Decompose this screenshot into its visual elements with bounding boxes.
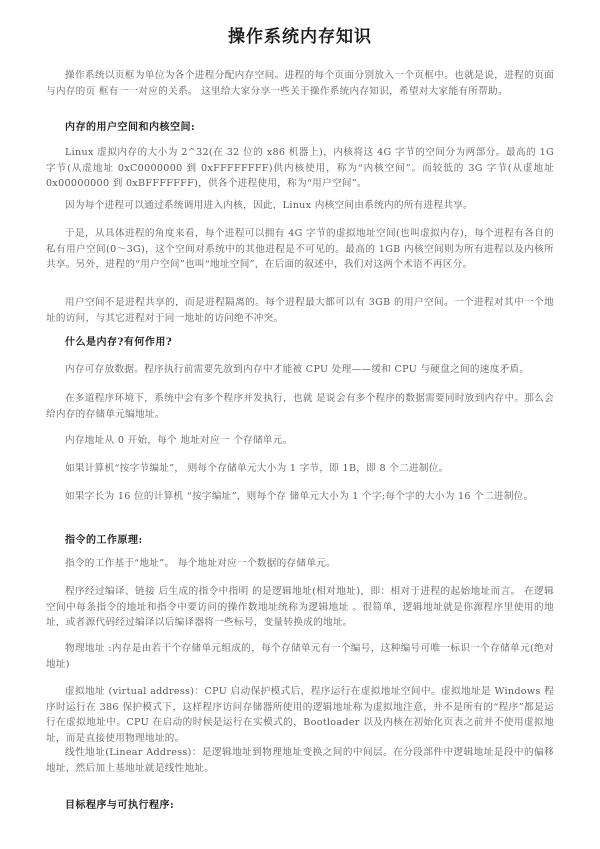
section-heading-what-is-memory: 什么是内存?有何作用? — [65, 333, 172, 348]
paragraph: 内存可存放数据。程序执行前需要先放到内存中才能被 CPU 处理——缓和 CPU … — [46, 362, 554, 378]
paragraph: 线性地址(Linear Address)：是逻辑地址到物理地址变换之间的中间层。… — [46, 745, 554, 776]
intro-paragraph: 操作系统以页框为单位为各个进程分配内存空间。进程的每个页面分别放入一个页框中。也… — [46, 68, 554, 99]
paragraph: 虚拟地址 (virtual address)：CPU 启动保护模式后，程序运行在… — [46, 684, 554, 746]
page-title: 操作系统内存知识 — [0, 22, 600, 47]
paragraph: 于是，从具体进程的角度来看，每个进程可以拥有 4G 字节的虚拟地址空间(也叫虚拟… — [46, 226, 554, 273]
paragraph: 如果字长为 16 位的计算机 “按字编址”，则每个存 储单元大小为 1 个字;每… — [46, 489, 554, 505]
paragraph: 程序经过编译、链接 后生成的指令中指明 的是逻辑地址(相对地址)，即：相对于进程… — [46, 584, 554, 631]
paragraph: 物理地址 :内存是由若干个存储单元组成的，每个存储单元有一个编号，这种编号可唯一… — [46, 641, 554, 672]
paragraph: 指令的工作基于“地址”。 每个地址对应一个数据的存储单元。 — [46, 556, 554, 572]
section-heading-user-kernel-space: 内存的用户空间和内核空间: — [65, 118, 195, 133]
section-heading-target-executable: 目标程序与可执行程序: — [65, 796, 174, 811]
paragraph: Linux 虚拟内存的大小为 2^32(在 32 位的 x86 机器上)，内核将… — [46, 145, 554, 192]
paragraph: 用户空间不是进程共享的，而是进程隔离的。每个进程最大都可以有 3GB 的用户空间… — [46, 295, 554, 326]
paragraph: 内存地址从 0 开始，每个 地址对应一 个存储单元。 — [46, 433, 554, 449]
paragraph: 因为每个进程可以通过系统调用进入内核，因此，Linux 内核空间由系统内的所有进… — [46, 198, 554, 214]
paragraph: 如果计算机“按字节编址”， 则每个存储单元大小为 1 字节，即 1B，即 8 个… — [46, 461, 554, 477]
paragraph: 在多道程序环境下，系统中会有多个程序并发执行，也就 是说会有多个程序的数据需要同… — [46, 391, 554, 422]
section-heading-instruction-principle: 指令的工作原理: — [65, 531, 143, 546]
document-page: 操作系统内存知识 操作系统以页框为单位为各个进程分配内存空间。进程的每个页面分别… — [0, 0, 600, 849]
